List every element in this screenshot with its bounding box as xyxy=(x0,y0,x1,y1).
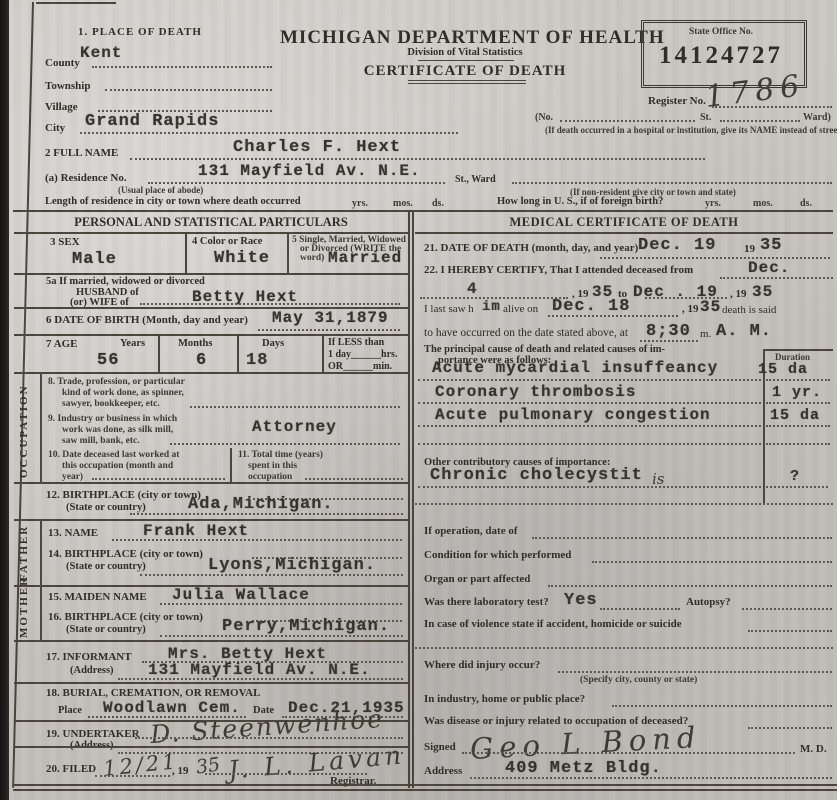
lab-test-value: Yes xyxy=(564,591,598,610)
injury-note: (Specify city, county or state) xyxy=(580,675,697,685)
certify-from-month: Dec. xyxy=(748,259,790,277)
lab-test-label: Was there laboratory test? xyxy=(424,596,549,608)
item8-line3: sawyer, bookkeeper, etc. xyxy=(62,399,160,409)
bottom-border-1 xyxy=(13,784,837,786)
father-state-label: (State or country) xyxy=(66,561,146,572)
mother-name-value: Julia Wallace xyxy=(172,586,310,604)
marital-label-3: word) xyxy=(300,253,324,263)
residence-label: (a) Residence No. xyxy=(45,172,127,184)
register-rule xyxy=(712,106,832,108)
rule xyxy=(14,519,408,521)
personal-section-title: PERSONAL AND STATISTICAL PARTICULARS xyxy=(14,215,408,230)
township-label: Township xyxy=(45,80,90,92)
dob-value: May 31,1879 xyxy=(272,309,389,327)
column-divider-1 xyxy=(408,211,410,788)
dod-year-value: 35 xyxy=(760,236,782,255)
place-of-death-label: 1. PLACE OF DEATH xyxy=(78,26,202,38)
filed-label: 20. FILED xyxy=(46,763,96,775)
item11-line2: spent in this xyxy=(248,461,297,471)
cell-divider xyxy=(237,334,239,372)
occurred-ampm: A. M. xyxy=(716,322,772,341)
occurred-label: to have occurred on the date stated abov… xyxy=(424,327,628,339)
rule xyxy=(14,682,408,684)
lastsaw-prefix: I last saw h xyxy=(424,303,474,315)
cause-3-duration: 15 da xyxy=(770,407,820,424)
cause-rule-1a xyxy=(418,379,761,381)
item10-line1: 10. Date deceased last worked at xyxy=(48,450,179,460)
dod-19-label: 19 xyxy=(744,243,755,255)
form-top-border-fragment xyxy=(36,2,116,4)
medical-section-title: MEDICAL CERTIFICATE OF DEATH xyxy=(415,215,833,230)
mother-bp-rule-2 xyxy=(160,635,403,637)
informant-address-value: 131 Mayfield Av. N.E. xyxy=(148,661,371,679)
organ-label: Organ or part affected xyxy=(424,573,530,585)
occupation-value: Attorney xyxy=(252,418,337,436)
length-ds: ds. xyxy=(432,198,444,209)
side-cell-divider xyxy=(40,585,42,640)
certify-rule-1 xyxy=(720,277,833,279)
st-rule xyxy=(720,120,800,122)
no-paren-label: (No. xyxy=(535,112,553,123)
township-rule xyxy=(105,89,272,91)
mother-name-label: 15. MAIDEN NAME xyxy=(48,591,147,603)
cause-rule-2b xyxy=(766,402,830,404)
age-months-label: Months xyxy=(178,338,212,349)
item10-rule xyxy=(92,478,225,480)
birthplace-value: Ada,Michigan. xyxy=(188,495,334,514)
us-yrs: yrs. xyxy=(705,198,721,209)
birthplace-rule-2 xyxy=(130,513,403,515)
dod-rule xyxy=(600,257,830,259)
filed-19-label: , 19 xyxy=(172,765,189,777)
county-rule xyxy=(92,66,272,68)
rule xyxy=(14,640,408,642)
operation-label: If operation, date of xyxy=(424,525,518,537)
physician-address-label: Address xyxy=(424,765,462,777)
dob-label: 6 DATE OF BIRTH (Month, day and year) xyxy=(46,314,248,326)
length-residence-label: Length of residence in city or town wher… xyxy=(45,196,301,207)
physician-address-value: 409 Metz Bldg. xyxy=(505,759,662,778)
sex-value: Male xyxy=(72,250,117,269)
cause-rule-1b xyxy=(766,379,830,381)
lab-rule xyxy=(600,608,680,610)
mother-birthplace-label: 16. BIRTHPLACE (city or town) xyxy=(48,611,203,623)
informant-rule-2 xyxy=(118,678,403,680)
informant-label: 17. INFORMANT xyxy=(46,651,132,663)
separator-rule xyxy=(415,503,833,505)
cause-rule-4a xyxy=(418,443,761,445)
age-less-line1: If LESS than xyxy=(328,337,384,348)
cause-1-duration: 15 da xyxy=(758,361,808,378)
mother-side-label: MOTHER xyxy=(18,588,30,638)
age-days-value: 18 xyxy=(246,351,268,370)
condition-label: Condition for which performed xyxy=(424,549,571,561)
county-label: County xyxy=(45,57,80,69)
age-less-line2: 1 day______hrs. xyxy=(328,349,397,360)
item8-rule xyxy=(190,406,400,408)
cell-divider xyxy=(322,334,324,372)
father-name-label: 13. NAME xyxy=(48,527,98,539)
spouse-label: 5a If married, widowed or divorced xyxy=(46,276,205,287)
cause-3-text: Acute pulmonary congestion xyxy=(435,406,711,424)
village-label: Village xyxy=(45,101,78,113)
registrar-label: Registrar. xyxy=(330,775,376,787)
mother-state-label: (State or country) xyxy=(66,624,146,635)
age-days-label: Days xyxy=(262,338,284,349)
cause-rule-3b xyxy=(766,425,830,427)
full-name-rule xyxy=(130,158,705,160)
cause-rule-3a xyxy=(418,425,761,427)
sex-label: 3 SEX xyxy=(50,236,80,248)
age-months-value: 6 xyxy=(196,351,207,370)
certificate-underline-2 xyxy=(408,83,526,84)
dod-value: Dec. 19 xyxy=(638,236,716,255)
item9-rule xyxy=(170,443,400,445)
marital-value: Married xyxy=(328,249,402,267)
age-years-label: Years xyxy=(120,338,145,349)
father-side-label: FATHER xyxy=(18,525,30,581)
burial-place-label: Place xyxy=(58,705,82,716)
state-office-label: State Office No. xyxy=(641,27,801,37)
duration-box-top xyxy=(763,349,833,351)
rule xyxy=(14,334,408,336)
signed-rule xyxy=(462,752,795,754)
mother-name-rule xyxy=(160,603,402,605)
item11-line1: 11. Total time (years) xyxy=(238,450,323,460)
violence-label: In case of violence state if accident, h… xyxy=(424,618,682,630)
item10-line2: this occupation (month and xyxy=(62,461,173,471)
contributory-rule-b xyxy=(766,486,828,488)
separator-rule-2 xyxy=(415,647,833,649)
burial-label: 18. BURIAL, CREMATION, OR REMOVAL xyxy=(46,687,260,699)
bottom-border-2 xyxy=(13,789,837,791)
rule xyxy=(415,232,833,234)
cause-1-text: Acute mycardial insuffeancy xyxy=(432,359,718,377)
cause-rule-2a xyxy=(418,402,761,404)
section-divider-horizontal xyxy=(13,210,833,212)
rule xyxy=(14,372,408,374)
dob-rule xyxy=(258,329,400,331)
contributory-value: Chronic cholecystit xyxy=(430,466,643,485)
division-underline xyxy=(418,60,514,61)
cell-divider xyxy=(185,233,187,273)
operation-rule xyxy=(532,537,832,539)
organ-rule xyxy=(548,585,832,587)
dod-label: 21. DATE OF DEATH (month, day, and year) xyxy=(424,242,638,254)
undertaker-rule-1 xyxy=(135,737,403,739)
age-less-line3: OR______min. xyxy=(328,361,392,372)
contributory-duration: ? xyxy=(790,468,800,485)
cause-2-duration: 1 yr. xyxy=(772,384,822,401)
full-name-value: Charles F. Hext xyxy=(233,138,401,157)
father-name-rule xyxy=(112,539,402,541)
violence-rule xyxy=(748,630,832,632)
cause-2-text: Coronary thrombosis xyxy=(435,383,636,401)
ward-label: Ward) xyxy=(803,112,831,123)
disease-rule xyxy=(748,727,832,729)
item11-rule xyxy=(305,478,403,480)
abode-note: (Usual place of abode) xyxy=(118,185,203,195)
item8-line1: 8. Trade, profession, or particular xyxy=(48,377,185,387)
county-value: Kent xyxy=(80,44,122,62)
cell-divider xyxy=(230,448,232,482)
residence-value: 131 Mayfield Av. N.E. xyxy=(198,162,421,180)
injury-rule xyxy=(558,671,832,673)
undertaker-label: 19. UNDERTAKER xyxy=(46,728,140,740)
occupation-side-label: OCCUPATION xyxy=(18,380,30,478)
autopsy-rule xyxy=(742,608,832,610)
rule xyxy=(14,232,408,234)
filed-rule-1 xyxy=(95,775,170,777)
industry-label: In industry, home or public place? xyxy=(424,693,585,705)
city-label: City xyxy=(45,122,65,134)
industry-rule xyxy=(612,705,832,707)
item11-line3: occupation xyxy=(248,472,292,482)
hospital-note: (If death occurred in a hospital or inst… xyxy=(545,125,837,135)
cell-divider xyxy=(287,233,289,273)
principal-line1: The principal cause of death and related… xyxy=(424,344,665,355)
side-cell-divider xyxy=(40,519,42,585)
state-office-number: 14124727 xyxy=(641,42,801,70)
item9-line2: work was done, as silk mill, xyxy=(62,425,173,435)
cause-rule-4b xyxy=(766,443,830,445)
md-label: M. D. xyxy=(800,743,827,755)
rule xyxy=(14,482,408,484)
lastsaw-date: Dec. 18 xyxy=(552,297,630,316)
address-rule xyxy=(470,777,832,779)
us-mos: mos. xyxy=(753,198,773,209)
certify-label: 22. I HEREBY CERTIFY, That I attended de… xyxy=(424,264,693,276)
occurred-time: 8;30 xyxy=(646,322,691,341)
birthplace-label: 12. BIRTHPLACE (city or town) xyxy=(46,489,201,501)
condition-rule xyxy=(592,561,832,563)
father-birthplace-label: 14. BIRTHPLACE (city or town) xyxy=(48,548,203,560)
injury-label: Where did injury occur? xyxy=(424,659,540,671)
birthplace-state-label: (State or country) xyxy=(66,502,146,513)
no-rule xyxy=(560,120,695,122)
length-yrs: yrs. xyxy=(352,198,368,209)
autopsy-label: Autopsy? xyxy=(686,596,731,608)
cell-divider xyxy=(158,334,160,372)
m-label: m. xyxy=(700,328,711,340)
department-title: MICHIGAN DEPARTMENT OF HEALTH xyxy=(280,27,650,49)
certificate-title: CERTIFICATE OF DEATH xyxy=(280,63,650,80)
race-value: White xyxy=(214,249,270,268)
side-cell-divider xyxy=(40,372,42,482)
certify-from-day: 4 xyxy=(467,280,478,298)
item8-line2: kind of work done, as spinner, xyxy=(62,388,184,398)
residence-rule-2 xyxy=(512,182,832,184)
city-rule xyxy=(80,132,458,134)
signed-label: Signed xyxy=(424,741,456,753)
certify-19b-label: , 19 xyxy=(730,288,747,300)
age-label: 7 AGE xyxy=(46,338,77,350)
item9-line3: saw mill, bank, etc. xyxy=(62,436,140,446)
certify-to-year: 35 xyxy=(752,283,773,301)
rule xyxy=(14,273,408,275)
how-long-label: How long in U. S., if of foreign birth? xyxy=(497,196,663,207)
race-label: 4 Color or Race xyxy=(192,236,262,247)
residence-rule-1 xyxy=(148,182,445,184)
lastsaw-year: 35 xyxy=(700,298,721,316)
city-value: Grand Rapids xyxy=(85,112,219,131)
length-mos: mos. xyxy=(393,198,413,209)
item10-line3: year) xyxy=(62,472,83,482)
father-bp-rule-2 xyxy=(140,574,403,576)
division-subtitle: Division of Vital Statistics xyxy=(280,47,650,58)
death-certificate-scan: 1. PLACE OF DEATH County Kent Township V… xyxy=(0,0,837,800)
full-name-label: 2 FULL NAME xyxy=(45,147,118,159)
column-divider-2 xyxy=(412,211,414,788)
informant-address-label: (Address) xyxy=(70,665,114,676)
occurred-rule xyxy=(640,340,698,342)
age-years-value: 56 xyxy=(97,351,119,370)
father-name-value: Frank Hext xyxy=(143,522,249,540)
us-ds: ds. xyxy=(800,198,812,209)
lastsaw-19-label: , 19 xyxy=(682,303,699,315)
mother-birthplace-value: Perry,Michigan. xyxy=(222,617,390,636)
father-birthplace-value: Lyons,Michigan. xyxy=(208,556,376,575)
lastsaw-rule xyxy=(548,315,678,317)
film-edge xyxy=(0,0,9,800)
contributory-rule-a xyxy=(418,486,761,488)
death-said-label: death is said xyxy=(722,304,776,316)
spouse-rule xyxy=(140,303,400,305)
item9-line1: 9. Industry or business in which xyxy=(48,414,177,424)
lastsaw-aliveon: alive on xyxy=(503,303,538,315)
st-ward-label: St., Ward xyxy=(455,174,496,185)
certificate-underline-1 xyxy=(408,80,526,81)
register-label: Register No. xyxy=(648,95,706,107)
st-label: St. xyxy=(700,112,711,123)
lastsaw-him: im xyxy=(482,299,501,315)
